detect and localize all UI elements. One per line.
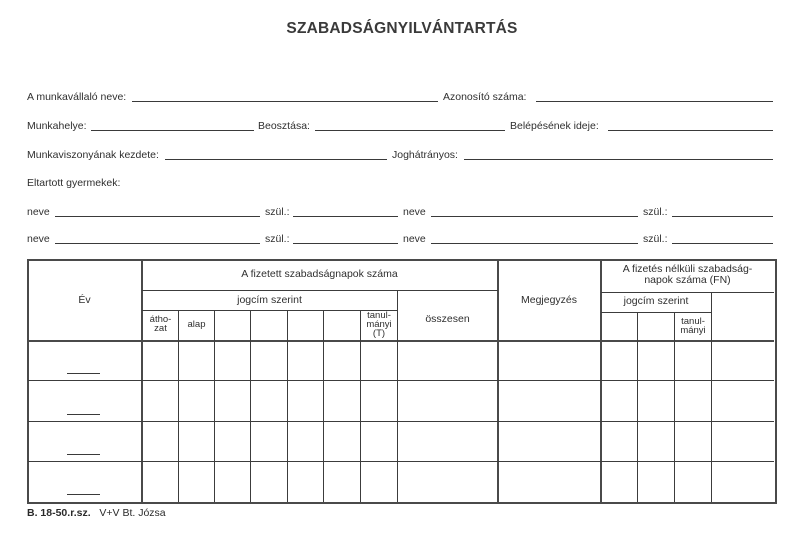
table-cell[interactable] (180, 464, 212, 500)
paid-subheader: alap (179, 320, 214, 329)
col-divider (250, 310, 251, 502)
table-cell[interactable] (180, 343, 212, 379)
col-divider (287, 310, 288, 502)
table-cell[interactable] (252, 343, 285, 379)
employee-name-label: A munkavállaló neve: (27, 91, 126, 103)
row-divider (28, 421, 774, 422)
table-cell[interactable] (289, 424, 321, 460)
position-field[interactable] (315, 130, 505, 131)
row-divider (28, 461, 774, 462)
table-cell[interactable] (180, 424, 212, 460)
table-cell[interactable] (252, 464, 285, 500)
table-cell[interactable] (144, 383, 176, 420)
table-cell[interactable] (289, 343, 321, 379)
table-cell[interactable] (500, 383, 599, 420)
employment-start-field[interactable] (165, 159, 387, 160)
table-cell[interactable] (713, 464, 772, 500)
table-cell[interactable] (676, 383, 709, 420)
table-cell[interactable] (639, 424, 672, 460)
child3-name-label: neve (27, 233, 50, 245)
year-input[interactable] (67, 414, 100, 415)
table-cell[interactable] (639, 464, 672, 500)
child3-name-field[interactable] (55, 243, 260, 244)
child1-name-field[interactable] (55, 216, 260, 217)
table-cell[interactable] (252, 383, 285, 420)
disadvantaged-label: Joghátrányos: (392, 149, 458, 161)
employee-name-field[interactable] (132, 101, 438, 102)
row-divider (28, 380, 774, 381)
table-cell[interactable] (362, 383, 395, 420)
table-cell[interactable] (325, 424, 358, 460)
table-cell[interactable] (216, 383, 248, 420)
year-input[interactable] (67, 454, 100, 455)
remark-header: Megjegyzés (498, 295, 600, 306)
table-cell[interactable] (713, 383, 772, 420)
unpaid-subheader: tanul- mányi (675, 317, 711, 335)
table-cell[interactable] (399, 343, 496, 379)
child3-birth-field[interactable] (293, 243, 398, 244)
col-divider (711, 292, 712, 502)
table-cell[interactable] (216, 424, 248, 460)
col-divider (214, 310, 215, 502)
workplace-label: Munkahelye: (27, 120, 87, 132)
table-cell[interactable] (144, 424, 176, 460)
row-divider (601, 312, 711, 313)
disadvantaged-field[interactable] (464, 159, 773, 160)
child4-name-label: neve (403, 233, 426, 245)
id-number-label: Azonosító száma: (443, 91, 526, 103)
paid-header: A fizetett szabadságnapok száma (142, 269, 497, 280)
table-cell[interactable] (362, 464, 395, 500)
child3-birth-label: szül.: (265, 233, 290, 245)
table-cell[interactable] (500, 343, 599, 379)
row-divider (142, 290, 498, 291)
table-cell[interactable] (325, 383, 358, 420)
unpaid-by-title-header: jogcím szerint (601, 296, 711, 307)
year-input[interactable] (67, 494, 100, 495)
paid-subheader: átho- zat (143, 315, 178, 333)
table-cell[interactable] (362, 343, 395, 379)
footer: B. 18-50.r.sz. V+V Bt. Józsa (27, 507, 166, 519)
year-input[interactable] (67, 373, 100, 374)
table-cell[interactable] (603, 383, 635, 420)
col-divider (674, 312, 675, 502)
child4-birth-label: szül.: (643, 233, 668, 245)
table-cell[interactable] (216, 343, 248, 379)
table-cell[interactable] (325, 464, 358, 500)
child1-name-label: neve (27, 206, 50, 218)
table-cell[interactable] (500, 424, 599, 460)
id-number-field[interactable] (536, 101, 773, 102)
table-cell[interactable] (676, 464, 709, 500)
row-divider (601, 292, 774, 293)
table-cell[interactable] (289, 464, 321, 500)
child4-birth-field[interactable] (672, 243, 773, 244)
workplace-field[interactable] (91, 130, 254, 131)
table-cell[interactable] (399, 424, 496, 460)
table-cell[interactable] (362, 424, 395, 460)
form-title: SZABADSÁGNYILVÁNTARTÁS (0, 20, 804, 38)
table-cell[interactable] (399, 464, 496, 500)
position-label: Beosztása: (258, 120, 310, 132)
paid-by-title-header: jogcím szerint (142, 295, 397, 306)
child2-name-field[interactable] (431, 216, 638, 217)
table-cell[interactable] (713, 424, 772, 460)
table-cell[interactable] (180, 383, 212, 420)
year-header: Év (28, 295, 141, 306)
table-cell[interactable] (144, 343, 176, 379)
publisher: V+V Bt. Józsa (99, 507, 165, 519)
table-cell[interactable] (399, 383, 496, 420)
total-header: összesen (398, 314, 497, 325)
table-cell[interactable] (144, 464, 176, 500)
child2-name-label: neve (403, 206, 426, 218)
child4-name-field[interactable] (431, 243, 638, 244)
entry-date-field[interactable] (608, 130, 773, 131)
child1-birth-field[interactable] (293, 216, 398, 217)
child2-birth-label: szül.: (643, 206, 668, 218)
child2-birth-field[interactable] (672, 216, 773, 217)
table-cell[interactable] (603, 464, 635, 500)
employment-start-label: Munkaviszonyának kezdete: (27, 149, 159, 161)
col-divider (323, 310, 324, 502)
table-cell[interactable] (216, 464, 248, 500)
row-divider (142, 310, 397, 311)
table-cell[interactable] (252, 424, 285, 460)
table-cell[interactable] (325, 343, 358, 379)
col-divider (360, 310, 361, 502)
table-cell[interactable] (603, 343, 635, 379)
table-cell[interactable] (713, 343, 772, 379)
table-cell[interactable] (603, 424, 635, 460)
table-cell[interactable] (639, 383, 672, 420)
child1-birth-label: szül.: (265, 206, 290, 218)
unpaid-header: A fizetés nélküli szabadság- napok száma… (601, 264, 774, 286)
dependents-label: Eltartott gyermekek: (27, 177, 120, 189)
table-cell[interactable] (676, 343, 709, 379)
table-cell[interactable] (676, 424, 709, 460)
form-code: B. 18-50.r.sz. (27, 507, 91, 519)
entry-date-label: Belépésének ideje: (510, 120, 599, 132)
col-divider (178, 310, 179, 502)
col-divider (637, 312, 638, 502)
table-cell[interactable] (639, 343, 672, 379)
table-cell[interactable] (500, 464, 599, 500)
header-divider (28, 340, 774, 342)
table-cell[interactable] (289, 383, 321, 420)
paid-subheader: tanul- mányi (T) (361, 311, 397, 338)
